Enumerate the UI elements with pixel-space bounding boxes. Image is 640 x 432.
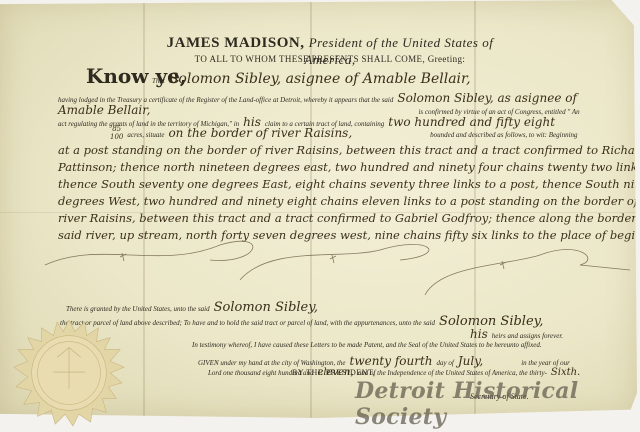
president-name: JAMES MADISON, — [167, 35, 305, 51]
acre-fraction: 85 100 — [110, 125, 123, 141]
pen-flourish-icon — [40, 235, 640, 305]
greeting: TO ALL TO WHOM THESE PRESENTS SHALL COME… — [180, 54, 480, 64]
watermark: Detroit Historical Society — [355, 378, 640, 430]
description-line: river Raisins, between this tract and a … — [58, 211, 640, 225]
description-line: Pattinson; thence north nineteen degrees… — [58, 160, 640, 174]
that-label: That — [152, 77, 165, 85]
testimony-line: In testimony whereof, I have caused thes… — [192, 341, 542, 349]
embossed-seal-icon — [10, 318, 128, 428]
opening-line: That Solomon Sibley, asignee of Amable B… — [152, 70, 471, 88]
grantee-handwritten: Solomon Sibley, asignee of Amable Bellai… — [169, 71, 471, 87]
by-the-president: BY THE PRESIDENT, — [292, 368, 375, 377]
description-line: thence South seventy one degrees East, e… — [58, 177, 640, 191]
description-line: at a post standing on the border of rive… — [58, 143, 640, 157]
preamble-line-4: 85 100 acres, situate on the border of r… — [110, 124, 578, 142]
description-line: degrees West, two hundred and ninety eig… — [58, 194, 638, 208]
fold-line — [143, 0, 145, 418]
